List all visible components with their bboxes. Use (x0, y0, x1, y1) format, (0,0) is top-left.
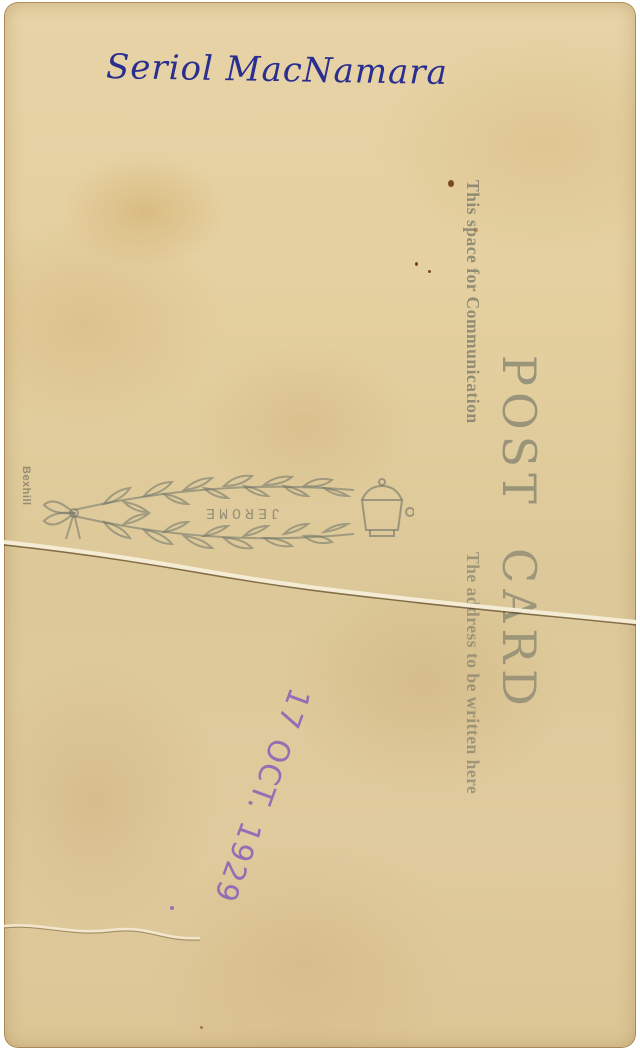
stain-spot (428, 270, 431, 273)
publisher-logo-text: JEROME (202, 504, 280, 521)
communication-label: This space for Communication (462, 180, 483, 424)
card-heading: CARD (492, 548, 546, 712)
stain-spot (200, 1026, 203, 1029)
stain-spot (448, 180, 454, 187)
publisher-logo: JEROME (34, 468, 414, 558)
post-heading: POST (492, 355, 546, 510)
crown-icon (362, 479, 414, 536)
stain-spot (415, 262, 418, 266)
ink-dot (170, 906, 174, 910)
address-label: The address to be written here (462, 552, 483, 794)
edge-imprint: Bexhill (20, 466, 32, 506)
handwritten-name: Seriol MacNamara (106, 47, 449, 93)
